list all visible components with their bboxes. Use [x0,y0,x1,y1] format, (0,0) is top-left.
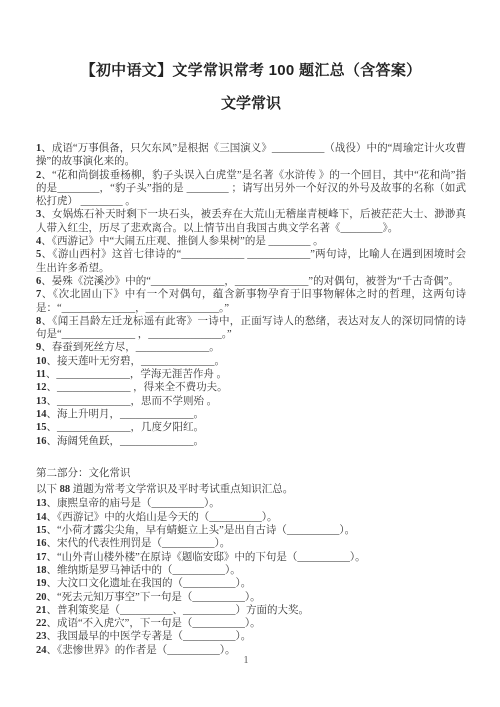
question-item: 9、春蚕到死丝方尽，______________。 [36,341,466,354]
question-item: 14、海上升明月，______________。 [36,408,466,421]
question-text: 、《西游记》中“大闹五庄观、推倒人参果树”的是 ________ 。 [41,236,323,247]
question-number: 10 [36,356,47,367]
question-text: 、______________，几度夕阳红。 [47,422,205,433]
question-item: 15、______________，几度夕阳红。 [36,421,466,434]
question-text: 、成语“万事俱备，只欠东风”是根据《三国演义》__________（战役）中的“… [36,143,466,167]
question-number: 23 [36,631,47,642]
question-item: 17、“山外青山楼外楼”在原诗《题临安邸》中的下句是（__________）。 [36,551,466,564]
question-text: 、康熙皇帝的庙号是（__________）。 [47,498,220,509]
question-text: 、《游山西村》这首七律诗的“____________ ____________”… [36,249,466,273]
question-number: 17 [36,552,47,563]
intro-text-post: 道题为常考文学常识及平时考试重点知识汇总。 [70,484,293,495]
question-text: 、______________，思而不学则殆 。 [47,396,218,407]
question-item: 3、女娲炼石补天时剩下一块石头，被丢弃在大荒山无稽崖青梗峰下，后被茫茫大士、渺渺… [36,208,466,235]
question-item: 21、普利策奖是（__________、__________）方面的大奖。 [36,604,466,617]
question-number: 13 [36,396,47,407]
question-number: 20 [36,592,47,603]
question-item: 4、《西游记》中“大闹五庄观、推倒人参果树”的是 ________ 。 [36,235,466,248]
question-item: 12、______________ ，得来全不费功夫。 [36,381,466,394]
question-text: 、接天莲叶无穷碧，______________。 [47,356,226,367]
question-item: 11、______________，学海无涯苦作舟 。 [36,368,466,381]
question-text: 、普利策奖是（__________、__________）方面的大奖。 [47,605,310,616]
question-number: 13 [36,498,47,509]
question-number: 22 [36,618,47,629]
question-text: 、______________，学海无涯苦作舟 。 [46,369,227,380]
question-text: 、大汶口文化遗址在我国的（__________）。 [47,578,252,589]
section-cultural-knowledge: 13、康熙皇帝的庙号是（__________）。 14、《西游记》中的火焰山是今… [36,497,466,657]
question-text: 、“小荷才露尖尖角，早有蜻蜓立上头”是出自古诗（__________）。 [47,525,356,536]
section-literary-knowledge: 1、成语“万事俱备，只欠东风”是根据《三国演义》__________（战役）中的… [36,142,466,448]
section-two-intro: 以下 88 道题为常考文学常识及平时考试重点知识汇总。 [36,483,466,496]
question-item: 19、大汶口文化遗址在我国的（__________）。 [36,577,466,590]
question-text: 、成语“不入虎穴”，下一句是（__________）。 [47,618,261,629]
question-item: 10、接天莲叶无穷碧，______________。 [36,355,466,368]
question-item: 16、海阔凭鱼跃，______________。 [36,435,466,448]
question-text: 、海阔凭鱼跃，______________。 [47,436,205,447]
question-text: 、______________ ，得来全不费功夫。 [47,382,228,393]
question-number: 14 [36,409,47,420]
document-subtitle: 文学常识 [36,95,466,113]
question-number: 12 [36,382,47,393]
question-item: 23、我国最早的中医学专著是（__________）。 [36,630,466,643]
question-item: 15、“小荷才露尖尖角，早有蜻蜓立上头”是出自古诗（__________）。 [36,524,466,537]
question-text: 、我国最早的中医学专著是（__________）。 [47,631,252,642]
question-item: 22、成语“不入虎穴”，下一句是（__________）。 [36,617,466,630]
question-text: 、《次北固山下》中有一个对偶句，蕴含新事物孕育于旧事物解体之时的哲理，这两句诗是… [36,289,466,313]
section-two-heading: 第二部分：文化常识 [36,467,466,480]
question-number: 18 [36,565,47,576]
question-number: 16 [36,436,47,447]
question-text: 、宋代的代表性刑罚是（__________）。 [47,538,231,549]
question-item: 1、成语“万事俱备，只欠东风”是根据《三国演义》__________（战役）中的… [36,142,466,169]
document-body: 1、成语“万事俱备，只欠东风”是根据《三国演义》__________（战役）中的… [36,142,466,657]
question-number: 19 [36,578,47,589]
question-number: 15 [36,525,47,536]
question-item: 2、“花和尚倒拔垂杨柳，豹子头误入白虎堂”是名著《水浒传 》的一个回目，其中“花… [36,169,466,209]
question-text: 、“山外青山楼外楼”在原诗《题临安邸》中的下句是（__________）。 [47,552,366,563]
question-text: 、《闻王昌龄左迁龙标遥有此寄》一诗中，正面写诗人的愁绪，表达对友人的深切同情的诗… [36,316,466,340]
question-number: 21 [36,605,47,616]
question-item: 18、维纳斯是罗马神话中的（__________）。 [36,564,466,577]
question-text: 、维纳斯是罗马神话中的（__________）。 [47,565,241,576]
question-item: 16、宋代的代表性刑罚是（__________）。 [36,537,466,550]
question-text: 、晏殊《浣溪沙》中的“______________，______________… [41,276,459,287]
document-page: 【初中语文】文学常识常考 100 题汇总（含答案） 文学常识 1、成语“万事俱备… [0,0,500,707]
question-item: 13、康熙皇帝的庙号是（__________）。 [36,497,466,510]
question-text: 、海上升明月，______________。 [47,409,205,420]
document-title: 【初中语文】文学常识常考 100 题汇总（含答案） [36,62,466,80]
question-text: 、春蚕到死丝方尽，______________。 [41,342,220,353]
intro-count: 88 [60,484,71,495]
question-item: 14、《西游记》中的火焰山是今天的（__________）。 [36,511,466,524]
question-item: 5、《游山西村》这首七律诗的“____________ ____________… [36,248,466,275]
question-item: 20、“死去元知万事空”下一句是（__________）。 [36,591,466,604]
question-text: 、女娲炼石补天时剩下一块石头，被丢弃在大荒山无稽崖青梗峰下，后被茫茫大士、渺渺真… [36,209,466,233]
page-number: 1 [0,655,492,666]
question-text: 、“死去元知万事空”下一句是（__________）。 [47,592,261,603]
question-number: 16 [36,538,47,549]
question-item: 6、晏殊《浣溪沙》中的“______________，_____________… [36,275,466,288]
question-item: 8、《闻王昌龄左迁龙标遥有此寄》一诗中，正面写诗人的愁绪，表达对友人的深切同情的… [36,315,466,342]
question-item: 13、______________，思而不学则殆 。 [36,395,466,408]
question-text: 、“花和尚倒拔垂杨柳，豹子头误入白虎堂”是名著《水浒传 》的一个回目，其中“花和… [36,170,466,208]
question-number: 15 [36,422,47,433]
question-number: 11 [36,369,46,380]
question-text: 、《西游记》中的火焰山是今天的（__________）。 [47,512,278,523]
question-number: 14 [36,512,47,523]
question-item: 7、《次北固山下》中有一个对偶句，蕴含新事物孕育于旧事物解体之时的哲理，这两句诗… [36,288,466,315]
intro-text-pre: 以下 [36,484,60,495]
